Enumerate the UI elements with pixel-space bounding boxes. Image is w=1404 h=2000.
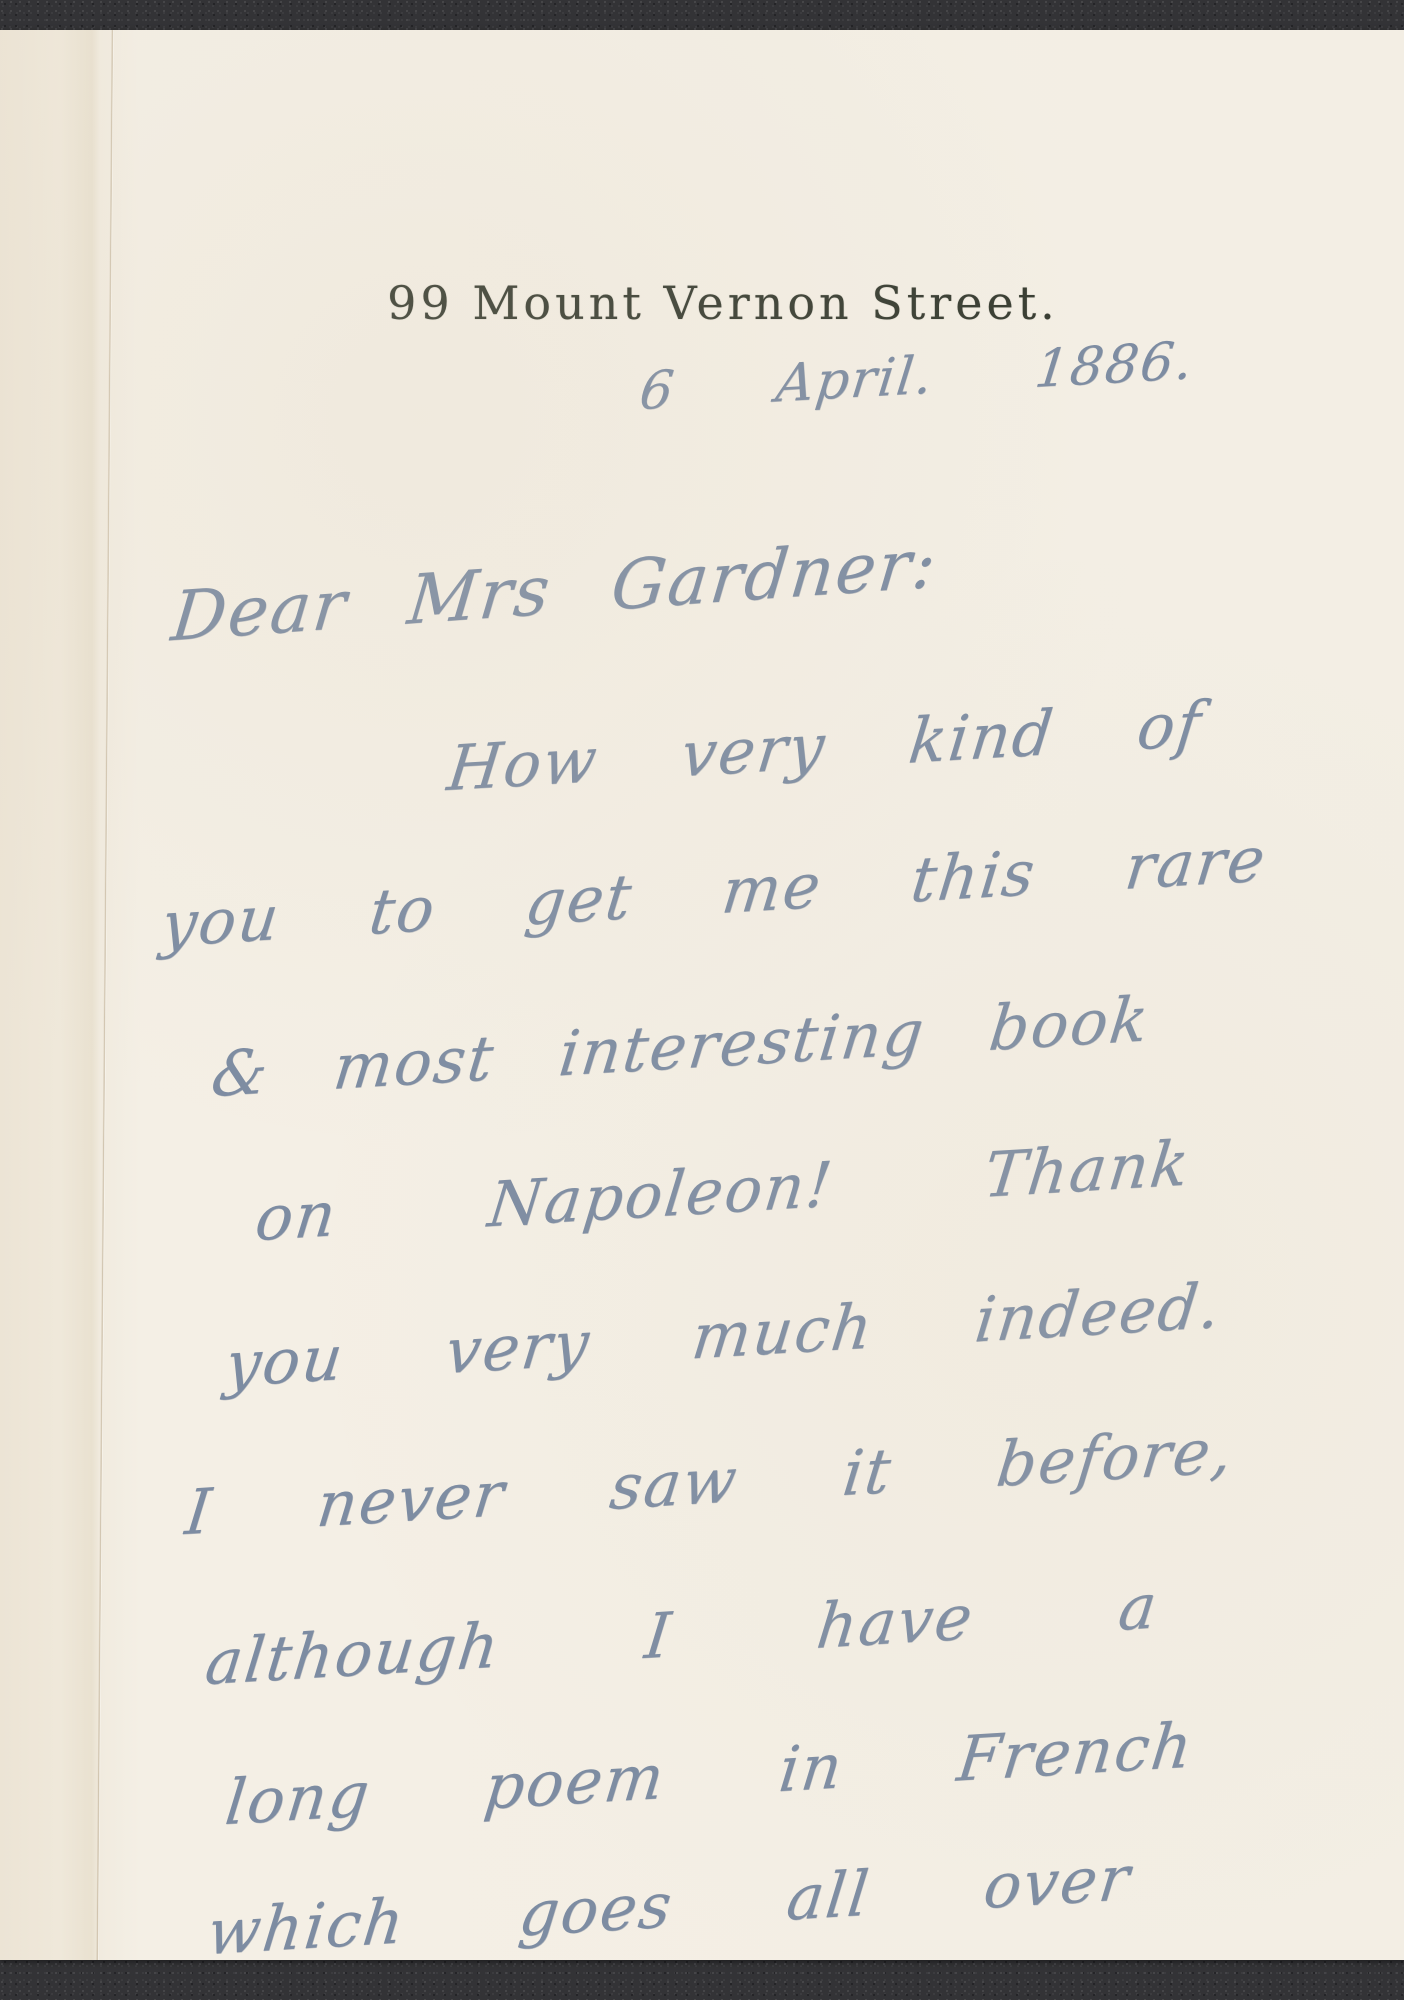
date-line: 6 April. 1886. xyxy=(636,331,1197,422)
body-line: long poem in French xyxy=(222,1708,1198,1839)
body-line: I never saw it before, xyxy=(182,1413,1238,1549)
body-line: you to get me this rare xyxy=(158,822,1271,961)
body-line: How very kind of xyxy=(444,687,1206,805)
scan-background: 99 Mount Vernon Street. 6 April. 1886. D… xyxy=(0,0,1404,2000)
body-line: although I have a xyxy=(202,1569,1163,1699)
body-line: on Napoleon! Thank xyxy=(252,1126,1195,1255)
salutation: Dear Mrs Gardner: xyxy=(168,524,942,657)
body-line: which goes all over xyxy=(204,1841,1135,1969)
letter-paper: 99 Mount Vernon Street. 6 April. 1886. D… xyxy=(0,30,1404,1960)
body-line: you very much indeed. xyxy=(222,1269,1226,1402)
letterhead-address: 99 Mount Vernon Street. xyxy=(0,276,1404,330)
body-line: & most interesting book xyxy=(208,982,1154,1111)
